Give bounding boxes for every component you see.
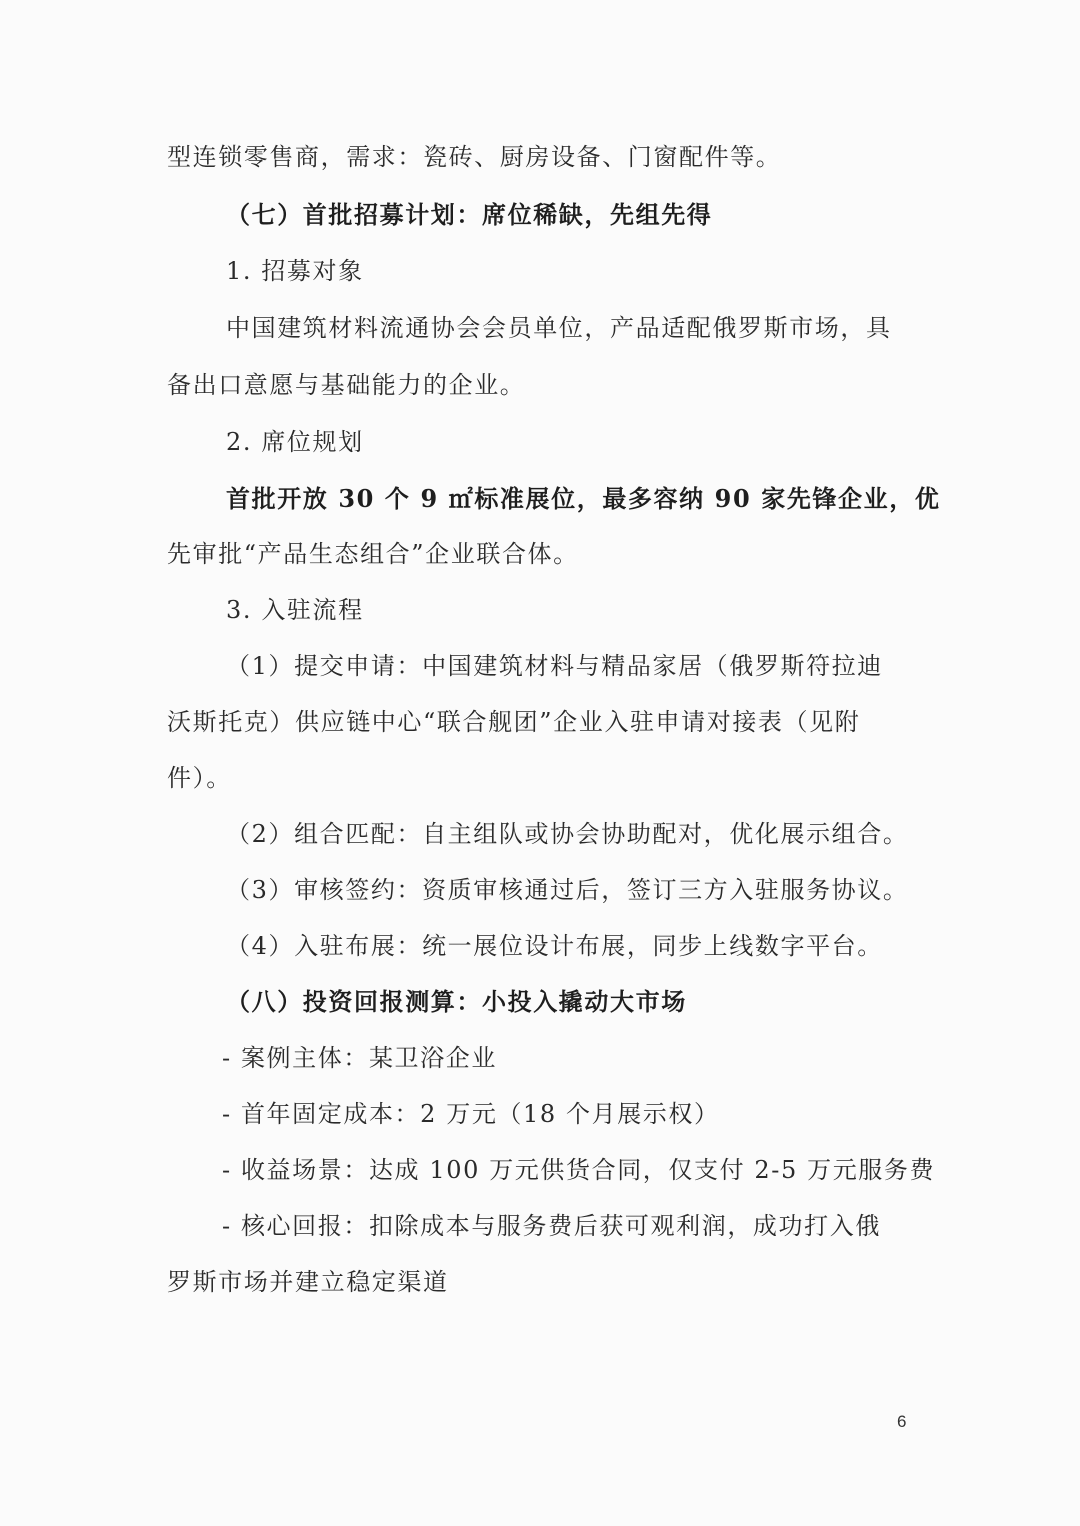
process-step-1-line-3: 件）。 (167, 763, 232, 793)
paragraph-line-seat-planning-2: 先审批“产品生态组合”企业联合体。 (167, 539, 579, 569)
paragraph-line-target-1: 中国建筑材料流通协会会员单位，产品适配俄罗斯市场，具 (226, 313, 892, 343)
section-heading-recruitment-plan: （七）首批招募计划：席位稀缺，先组先得 (226, 200, 712, 230)
process-step-2: （2）组合匹配：自主组队或协会协助配对，优化展示组合。 (226, 819, 908, 849)
subheading-seat-planning: 2. 席位规划 (226, 427, 364, 457)
process-step-1-line-1: （1）提交申请：中国建筑材料与精品家居（俄罗斯符拉迪 (226, 651, 883, 681)
roi-revenue-scenario: - 收益场景：达成 100 万元供货合同，仅支付 2-5 万元服务费 (222, 1155, 935, 1185)
roi-fixed-cost: - 首年固定成本：2 万元（18 个月展示权） (222, 1099, 720, 1129)
process-step-3: （3）审核签约：资质审核通过后，签订三方入驻服务协议。 (226, 875, 908, 905)
process-step-1-line-2: 沃斯托克）供应链中心“联合舰团”企业入驻申请对接表（见附 (167, 707, 860, 737)
paragraph-line-target-2: 备出口意愿与基础能力的企业。 (167, 370, 525, 400)
section-heading-roi: （八）投资回报测算：小投入撬动大市场 (226, 987, 687, 1017)
process-step-4: （4）入驻布展：统一展位设计布展，同步上线数字平台。 (226, 931, 883, 961)
paragraph-line-retailer-demand: 型连锁零售商，需求：瓷砖、厨房设备、门窗配件等。 (167, 142, 781, 172)
subheading-onboarding-process: 3. 入驻流程 (226, 595, 364, 625)
subheading-recruitment-target: 1. 招募对象 (226, 256, 364, 286)
paragraph-line-seat-planning-1: 首批开放 30 个 9 ㎡标准展位，最多容纳 90 家先锋企业，优 (226, 484, 940, 514)
roi-case-subject: - 案例主体：某卫浴企业 (222, 1043, 497, 1073)
roi-core-return-line-2: 罗斯市场并建立稳定渠道 (167, 1267, 449, 1297)
roi-core-return-line-1: - 核心回报：扣除成本与服务费后获可观利润，成功打入俄 (222, 1211, 881, 1241)
page-number: 6 (897, 1412, 906, 1432)
document-page: 型连锁零售商，需求：瓷砖、厨房设备、门窗配件等。 （七）首批招募计划：席位稀缺，… (0, 0, 1080, 1526)
